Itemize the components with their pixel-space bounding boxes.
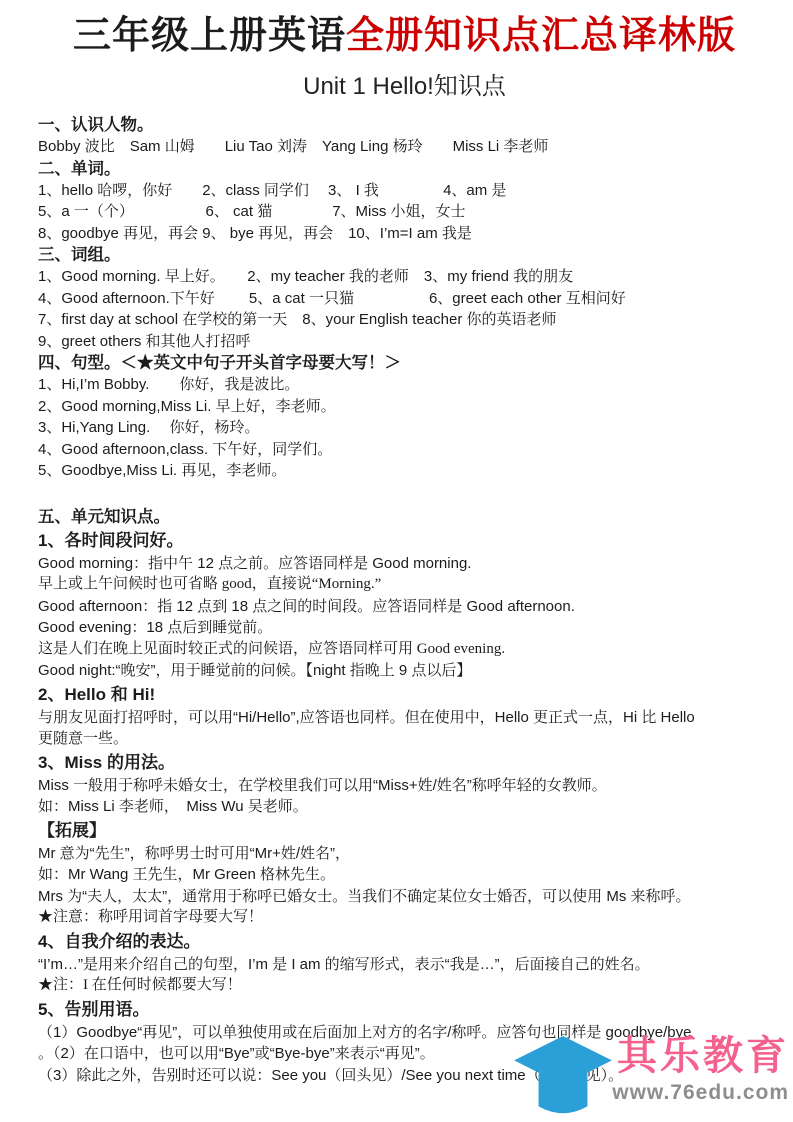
text-line: 这是人们在晚上见面时较正式的问候语，应答语同样可用 Good evening.	[38, 639, 771, 661]
text-line: 4、Good afternoon,class. 下午好，同学们。	[38, 439, 771, 461]
watermark-url: www.76edu.com	[612, 1080, 789, 1106]
text-line: 3、Hi,Yang Ling. 你好，杨玲。	[38, 417, 771, 439]
text-line: Good night:“晚安”，用于睡觉前的问候。【night 指晚上 9 点以…	[38, 660, 771, 682]
section-1-heading: 一、认识人物。	[38, 114, 771, 136]
section-4-heading: 四、句型。＜★英文中句子开头首字母要大写！＞	[38, 352, 771, 374]
text-line: Good morning：指中午 12 点之前。应答语同样是 Good morn…	[38, 553, 771, 575]
knowledge-point-5-heading: 5、告别用语。	[38, 997, 771, 1022]
text-line: 与朋友见面打招呼时，可以用“Hi/Hello”,应答语也同样。但在使用中，Hel…	[38, 707, 771, 729]
expansion-heading: 【拓展】	[38, 818, 771, 843]
text-line: “I’m…”是用来介绍自己的句型，I’m 是 I am 的缩写形式，表示“我是……	[38, 954, 771, 976]
title-black-part: 三年级上册英语	[73, 15, 346, 57]
text-line: 1、hello 哈啰，你好 2、class 同学们 3、 I 我 4、am 是	[38, 180, 771, 202]
text-line: Mrs 为“夫人，太太”，通常用于称呼已婚女士。当我们不确定某位女士婚否，可以使…	[38, 886, 771, 908]
watermark-brand: 其乐教育	[612, 1032, 789, 1080]
knowledge-point-1-heading: 1、各时间段问好。	[38, 528, 771, 553]
text-line: 1、Hi,I’m Bobby. 你好，我是波比。	[38, 374, 771, 396]
unit-subtitle: Unit 1 Hello!知识点	[38, 72, 771, 102]
text-line: 1、Good morning. 早上好。 2、my teacher 我的老师 3…	[38, 266, 771, 288]
graduation-cap-icon	[514, 1036, 612, 1122]
title-red-part: 全册知识点汇总译林版	[346, 15, 736, 57]
text-line: 如：Miss Li 李老师， Miss Wu 吴老师。	[38, 796, 771, 818]
text-line: 4、Good afternoon.下午好 5、a cat 一只猫 6、greet…	[38, 288, 771, 310]
text-line: 7、first day at school 在学校的第一天 8、your Eng…	[38, 309, 771, 331]
text-line: 如：Mr Wang 王先生，Mr Green 格林先生。	[38, 864, 771, 886]
watermark: 其乐教育 www.76edu.com	[514, 1032, 789, 1122]
text-line: Miss 一般用于称呼未婚女士，在学校里我们可以用“Miss+姓/姓名”称呼年轻…	[38, 775, 771, 797]
knowledge-point-2-heading: 2、Hello 和 Hi!	[38, 682, 771, 707]
text-line: 早上或上午问候时也可省略 good，直接说“Morning.”	[38, 574, 771, 596]
note-line: ★注意：称呼用词首字母要大写！	[38, 907, 771, 929]
text-line: 8、goodbye 再见，再会 9、 bye 再见，再会 10、I’m=I am…	[38, 223, 771, 245]
blank-spacer	[38, 482, 771, 506]
text-line: 5、Goodbye,Miss Li. 再见，李老师。	[38, 460, 771, 482]
document-page: 三年级上册英语全册知识点汇总译林版 Unit 1 Hello!知识点 一、认识人…	[0, 0, 793, 1086]
text-line: Mr 意为“先生”，称呼男士时可用“Mr+姓/姓名”，	[38, 843, 771, 865]
text-line: 5、a 一（个） 6、 cat 猫 7、Miss 小姐，女士	[38, 201, 771, 223]
text-line: 更随意一些。	[38, 728, 771, 750]
text-line: Good afternoon：指 12 点到 18 点之间的时间段。应答语同样是…	[38, 596, 771, 618]
knowledge-point-3-heading: 3、Miss 的用法。	[38, 750, 771, 775]
section-2-heading: 二、单词。	[38, 158, 771, 180]
page-title: 三年级上册英语全册知识点汇总译林版	[38, 12, 771, 60]
text-line: 2、Good morning,Miss Li. 早上好，李老师。	[38, 396, 771, 418]
watermark-text: 其乐教育 www.76edu.com	[612, 1032, 789, 1106]
section-5-heading: 五、单元知识点。	[38, 506, 771, 528]
text-line: Bobby 波比 Sam 山姆 Liu Tao 刘涛 Yang Ling 杨玲 …	[38, 136, 771, 158]
note-line: ★注：I 在任何时候都要大写！	[38, 975, 771, 997]
text-line: 9、greet others 和其他人打招呼	[38, 331, 771, 353]
text-line: Good evening：18 点后到睡觉前。	[38, 617, 771, 639]
section-3-heading: 三、词组。	[38, 244, 771, 266]
knowledge-point-4-heading: 4、自我介绍的表达。	[38, 929, 771, 954]
